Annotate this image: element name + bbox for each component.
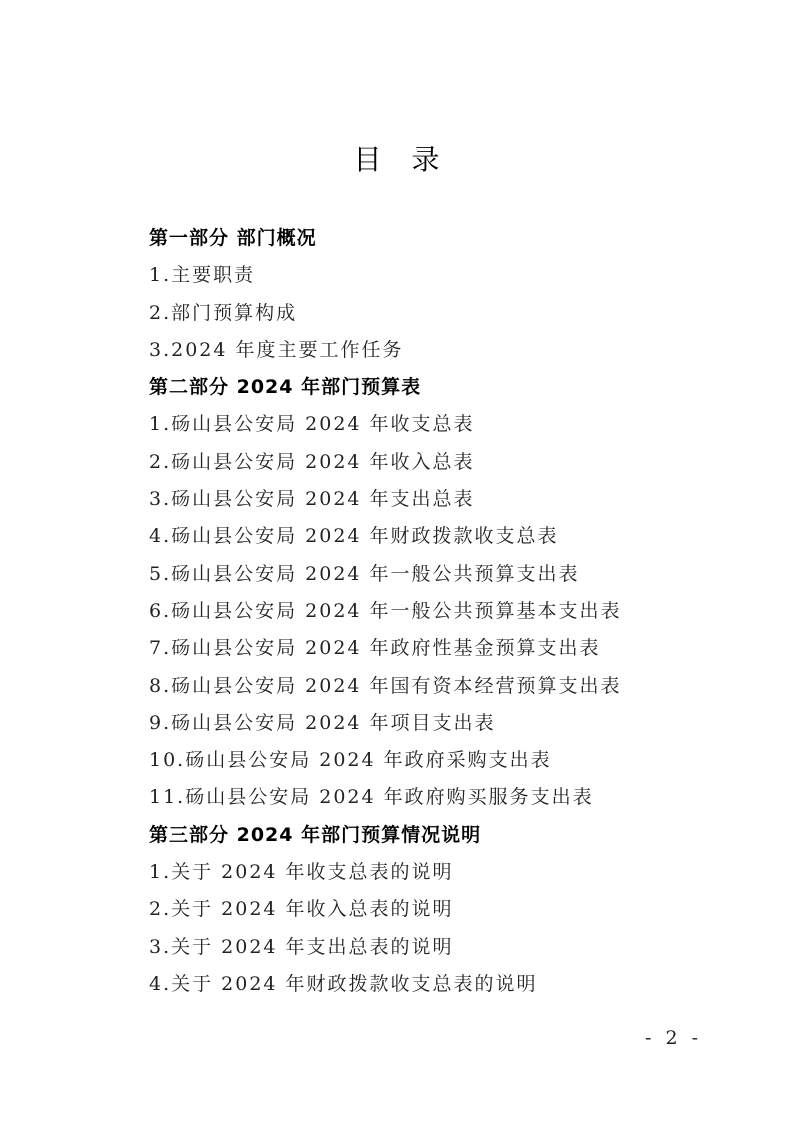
toc-item[interactable]: 2.部门预算构成 (149, 295, 709, 332)
toc-item[interactable]: 1.关于 2024 年收支总表的说明 (149, 854, 709, 891)
toc-item[interactable]: 4.砀山县公安局 2024 年财政拨款收支总表 (149, 518, 709, 555)
toc-item[interactable]: 3.2024 年度主要工作任务 (149, 332, 709, 369)
toc-item[interactable]: 3.关于 2024 年支出总表的说明 (149, 929, 709, 966)
toc-item[interactable]: 9.砀山县公安局 2024 年项目支出表 (149, 705, 709, 742)
section-heading[interactable]: 第一部分 部门概况 (149, 220, 709, 257)
toc-item[interactable]: 4.关于 2024 年财政拨款收支总表的说明 (149, 966, 709, 1003)
toc-item[interactable]: 8.砀山县公安局 2024 年国有资本经营预算支出表 (149, 668, 709, 705)
toc-item[interactable]: 11.砀山县公安局 2024 年政府购买服务支出表 (149, 779, 709, 816)
toc-item[interactable]: 7.砀山县公安局 2024 年政府性基金预算支出表 (149, 630, 709, 667)
toc-item[interactable]: 2.砀山县公安局 2024 年收入总表 (149, 444, 709, 481)
page-number: - 2 - (645, 1027, 702, 1049)
toc-title: 目录 (0, 138, 793, 178)
toc-item[interactable]: 1.砀山县公安局 2024 年收支总表 (149, 406, 709, 443)
table-of-contents: 第一部分 部门概况 1.主要职责 2.部门预算构成 3.2024 年度主要工作任… (149, 220, 709, 1003)
toc-item[interactable]: 3.砀山县公安局 2024 年支出总表 (149, 481, 709, 518)
toc-item[interactable]: 5.砀山县公安局 2024 年一般公共预算支出表 (149, 556, 709, 593)
toc-item[interactable]: 10.砀山县公安局 2024 年政府采购支出表 (149, 742, 709, 779)
toc-item[interactable]: 6.砀山县公安局 2024 年一般公共预算基本支出表 (149, 593, 709, 630)
section-heading[interactable]: 第三部分 2024 年部门预算情况说明 (149, 817, 709, 854)
toc-item[interactable]: 1.主要职责 (149, 257, 709, 294)
section-heading[interactable]: 第二部分 2024 年部门预算表 (149, 369, 709, 406)
toc-item[interactable]: 2.关于 2024 年收入总表的说明 (149, 891, 709, 928)
